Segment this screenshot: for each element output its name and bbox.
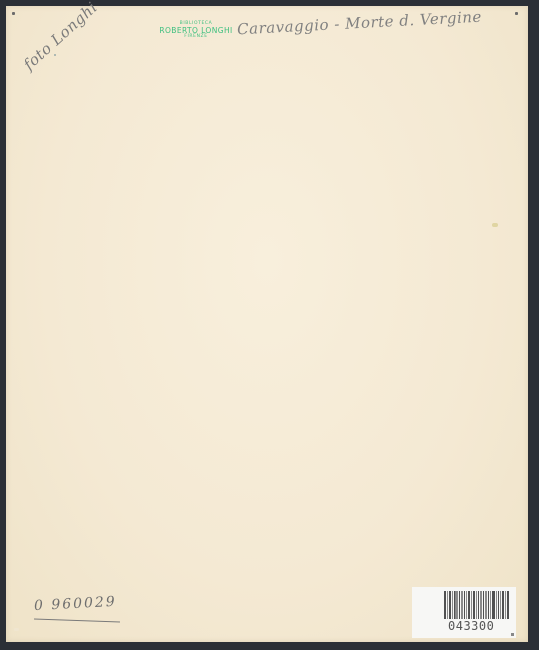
corner-mark-bottom-left: [14, 628, 19, 631]
stain-mark: [492, 223, 498, 227]
speck-mark: [54, 54, 56, 56]
barcode-icon: [444, 591, 510, 619]
barcode-number: 043300: [448, 619, 494, 633]
stamp-line-3: FIRENZE: [156, 35, 236, 40]
photo-card-verso: BIBLIOTECA ROBERTO LONGHI FIRENZE: [6, 6, 528, 642]
corner-mark-top-right: [515, 12, 518, 15]
corner-mark-top-left: [12, 12, 15, 15]
library-stamp: BIBLIOTECA ROBERTO LONGHI FIRENZE: [156, 22, 236, 40]
label-corner-mark: [511, 633, 514, 636]
barcode-label: 043300: [412, 587, 516, 638]
